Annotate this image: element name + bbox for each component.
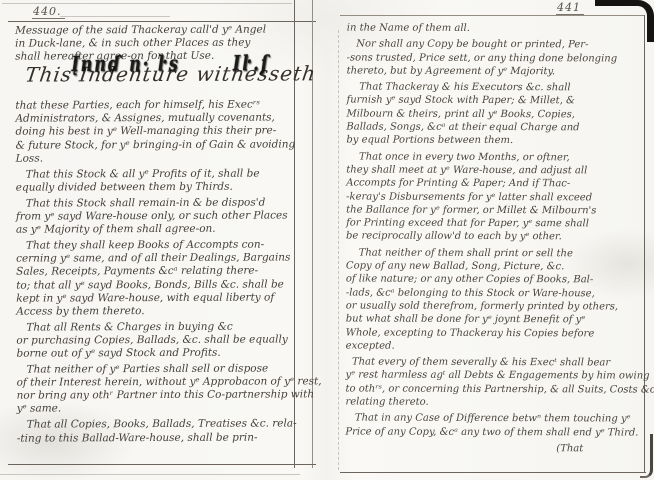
manuscript-line: for Printing exceed that for Paper, yᵉ s… [346,217,642,231]
manuscript-line: equally divided between them by Thirds. [16,180,302,194]
manuscript-line: yᵉ same. [17,402,303,416]
manuscript-line: -lads, &cᵃ belonging to this Stock or Wa… [346,286,642,300]
manuscript-line: be reciprocally allow'd to each by yᵉ ot… [346,230,642,244]
manuscript-line: borne out of yᵉ sayd Stock and Profits. [16,346,302,360]
manuscript-line: furnish yᵉ sayd Stock with Paper; & Mill… [346,94,642,108]
manuscript-line: That neither of them shall print or sell… [346,246,642,260]
manuscript-line: or usually sold therefrom, formerly prin… [346,299,642,313]
paragraph: in the Name of them all. [347,21,643,35]
manuscript-line: Administrators, & Assignes, mutually cov… [15,112,301,126]
manuscript-line: -sons trusted, Price sett, or any thing … [347,51,643,65]
manuscript-line: That this Stock & all yᵉ Profits of it, … [16,167,302,181]
manuscript-line: cerning yᵉ same, and of all their Dealin… [16,252,302,266]
manuscript-line: That Thackeray & his Executors &c. shall [347,81,643,95]
manuscript-line: they shall meet at yᵉ Ware-house, and ad… [346,163,642,177]
manuscript-line: excepted. [346,339,642,353]
manuscript-line: That this Stock shall remain-in & be dis… [16,196,302,210]
paragraph: That this Stock & all yᵉ Profits of it, … [16,167,302,194]
ruled-line [0,474,300,475]
manuscript-line: from yᵉ sayd Ware-house only, or such ot… [16,209,302,223]
manuscript-line: That they shall keep Books of Accompts c… [16,239,302,253]
manuscript-scan: 440. 441 Messuage of the said Thackeray … [0,0,654,480]
manuscript-line: to othʳˢ, or concerning this Partnership… [345,382,641,396]
manuscript-line: & future Stock, for yᵉ bringing-in of Ga… [16,138,302,152]
paragraph: That in any Case of Difference betwⁿ the… [345,412,641,440]
page-number-right: 441 [556,1,584,15]
ruled-line [8,21,316,22]
manuscript-line: that these Parties, each for himself, hi… [15,99,301,113]
manuscript-line: Accompts for Printing & Paper; And if Th… [346,177,642,191]
paragraph: That Thackeray & his Executors &c. shall… [346,81,642,149]
manuscript-line: or purchasing Copies, Ballads, &c. shall… [16,333,302,347]
page-corner-shadow-bottom-right [640,434,653,478]
paragraph: that these Parties, each for himself, hi… [15,99,301,166]
manuscript-line: nor bring any othʳ Partner into this Co-… [17,389,303,403]
paragraph: That this Stock shall remain-in & be dis… [16,196,302,237]
manuscript-line: That all Rents & Charges in buying &c [16,320,302,334]
manuscript-line: doing his best in yᵉ Well-managing this … [15,125,301,139]
manuscript-line: Loss. [16,151,302,165]
manuscript-line: in Duck-lane, & in such other Places as … [15,36,301,50]
ink-showthrough: Įnnɗ n· ŀs Iŀ.ſ [71,55,270,73]
manuscript-line: That neither of yᵉ Parties shall sell or… [17,362,303,376]
paragraph: That they shall keep Books of Accompts c… [16,239,302,319]
manuscript-line: Copy of any new Ballad, Song, Picture, &… [346,260,642,274]
ruled-line [338,30,339,470]
paragraph: Nor shall any Copy be bought or printed,… [347,38,643,79]
paragraph: That all Rents & Charges in buying &cor … [16,320,302,361]
page-number-left: 440. [32,5,65,19]
manuscript-line: by equal Portions between them. [346,134,642,148]
manuscript-line: in the Name of them all. [347,21,643,35]
manuscript-line: of like nature; or any other Copies of B… [346,273,642,287]
paragraph: That neither of yᵉ Parties shall sell or… [17,362,303,416]
manuscript-line: Sales, Receipts, Payments &cᵃ relating t… [16,265,302,279]
manuscript-line: Milbourn & theirs, print all yᵉ Books, C… [346,107,642,121]
indenture-heading-wrap: This Indenture witnesseth Įnnɗ n· ŀs Iŀ.… [25,66,301,97]
right-body-paragraphs: in the Name of them all. Nor shall any C… [345,21,642,439]
left-page-text: Messuage of the said Thackeray call'd yᵉ… [15,23,303,466]
manuscript-line: but what shall be done for yᵉ joynt Bene… [346,313,642,327]
manuscript-line: Price of any Copy, &cᵃ any two of them s… [345,425,641,439]
manuscript-line: of their Interest herein, without yᵉ App… [17,376,303,390]
manuscript-line: thereto, but by Agreement of yᵉ Majority… [347,64,643,78]
paragraph: That neither of them shall print or sell… [346,246,642,353]
left-body-paragraphs: that these Parties, each for himself, hi… [15,99,303,446]
manuscript-line: the Ballance for yᵉ former, or Millet & … [346,203,642,217]
manuscript-line: -keray's Disbursements for yᵉ latter sha… [346,190,642,204]
manuscript-line: kept in yᵉ sayd Ware-house, with equal l… [16,291,302,305]
manuscript-line: That in any Case of Difference betwⁿ the… [345,412,641,426]
manuscript-line: yᵉ rest harmless agᵗ all Debts & Engagem… [346,369,642,383]
manuscript-line: Whole, excepting to Thackeray his Copies… [346,326,642,340]
manuscript-line: to; that all yᵉ sayd Books, Bonds, Bills… [16,278,302,292]
manuscript-line: That once in every two Months, or oftner… [346,150,642,164]
manuscript-line: That all Copies, Books, Ballads, Treatis… [17,418,303,432]
paragraph: That every of them severally & his Execᵗ… [345,356,641,410]
manuscript-line: That every of them severally & his Execᵗ… [346,356,642,370]
ruled-line [60,16,170,17]
manuscript-line: Ballads, Songs, &cᵃ at their equal Charg… [346,121,642,135]
ruled-line [644,15,645,473]
manuscript-line: Access by them thereto. [16,304,302,318]
ruled-line [2,3,292,4]
manuscript-line: Nor shall any Copy be bought or printed,… [347,38,643,52]
paragraph: That all Copies, Books, Ballads, Treatis… [17,418,303,445]
right-page-text: in the Name of them all. Nor shall any C… [345,21,643,474]
manuscript-line: -ting to this Ballad-Ware-house, shall b… [17,431,303,445]
paragraph: That once in every two Months, or oftner… [346,150,642,244]
manuscript-line: as yᵉ Majority of them shall agree-on. [16,223,302,237]
catchword: (That [345,441,641,455]
manuscript-line: relating thereto. [345,395,641,409]
manuscript-line: Messuage of the said Thackeray call'd yᵉ… [15,23,301,37]
